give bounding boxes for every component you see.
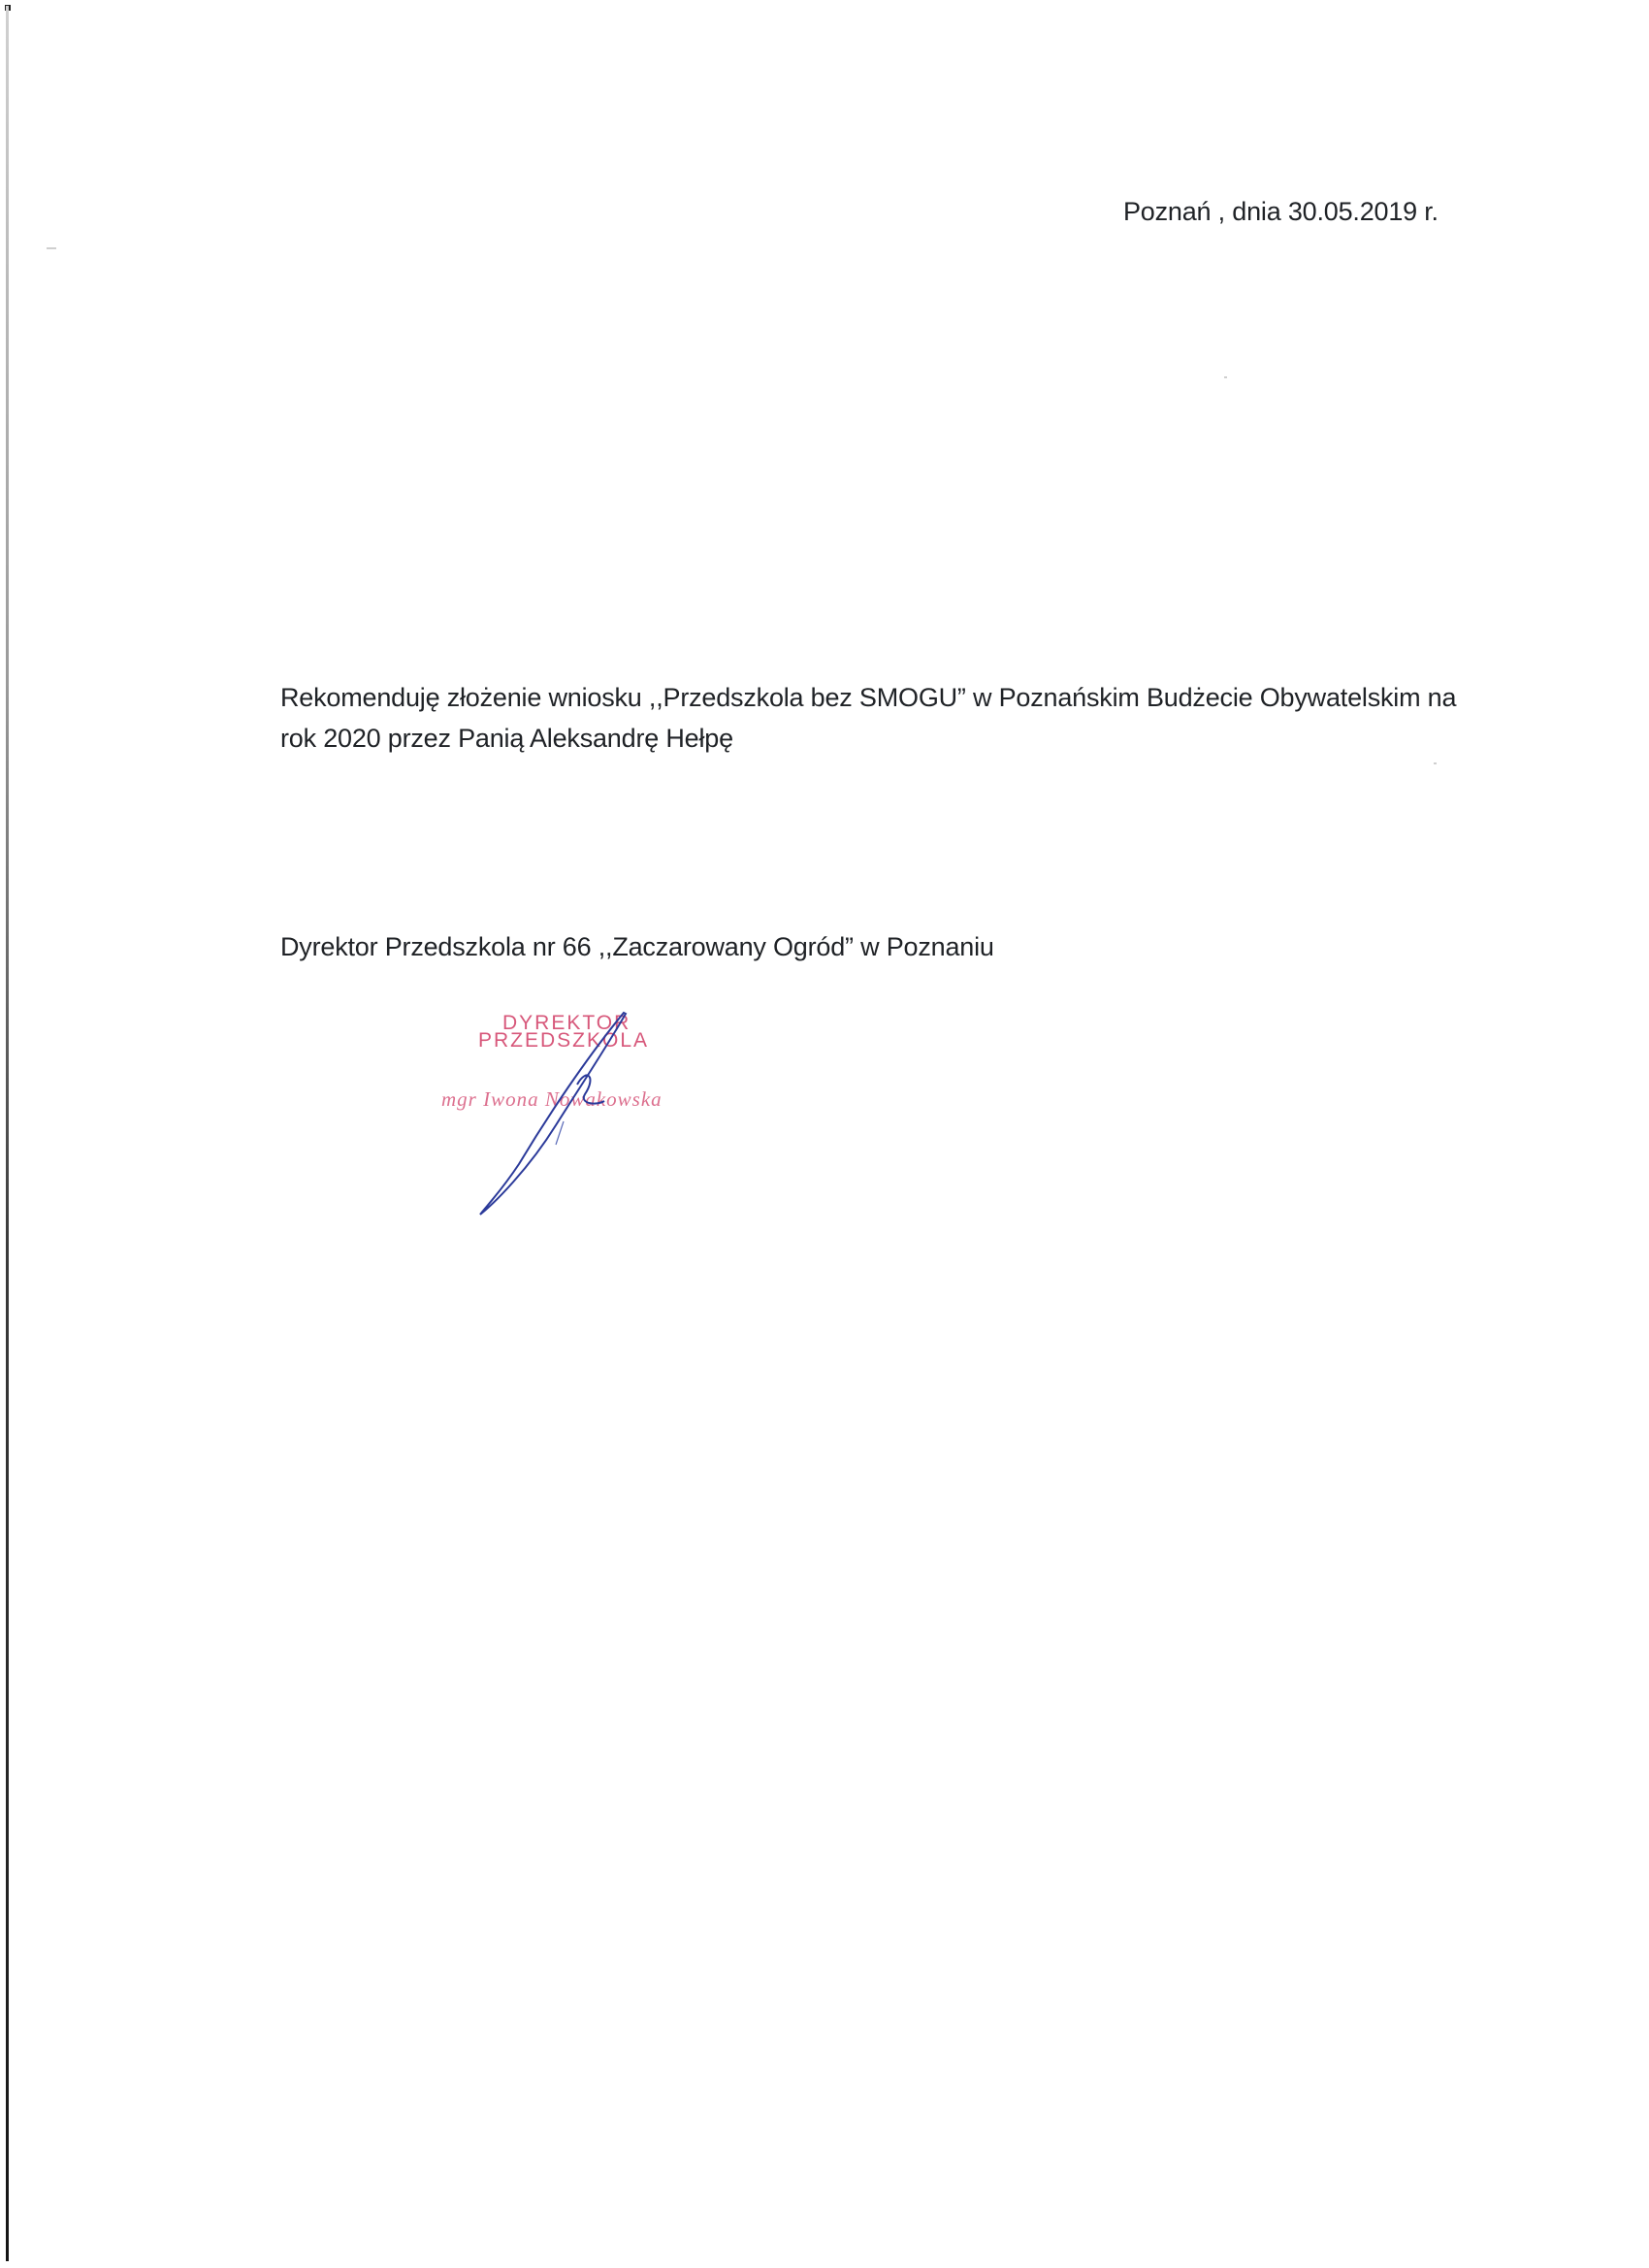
scan-edge-line xyxy=(6,6,9,2261)
scan-speck xyxy=(47,247,56,249)
scan-speck xyxy=(1434,762,1437,764)
recommendation-paragraph: Rekomenduję złożenie wniosku ,,Przedszko… xyxy=(280,677,1541,759)
scan-speck xyxy=(1224,376,1227,378)
handwritten-signature xyxy=(441,999,732,1232)
recommendation-line-1: Rekomenduję złożenie wniosku ,,Przedszko… xyxy=(280,677,1541,718)
recommendation-line-2: rok 2020 przez Panią Aleksandrę Hełpę xyxy=(280,718,1541,759)
place-date: Poznań , dnia 30.05.2019 r. xyxy=(1123,191,1439,232)
signatory-line: Dyrektor Przedszkola nr 66 ,,Zaczarowany… xyxy=(280,926,994,967)
